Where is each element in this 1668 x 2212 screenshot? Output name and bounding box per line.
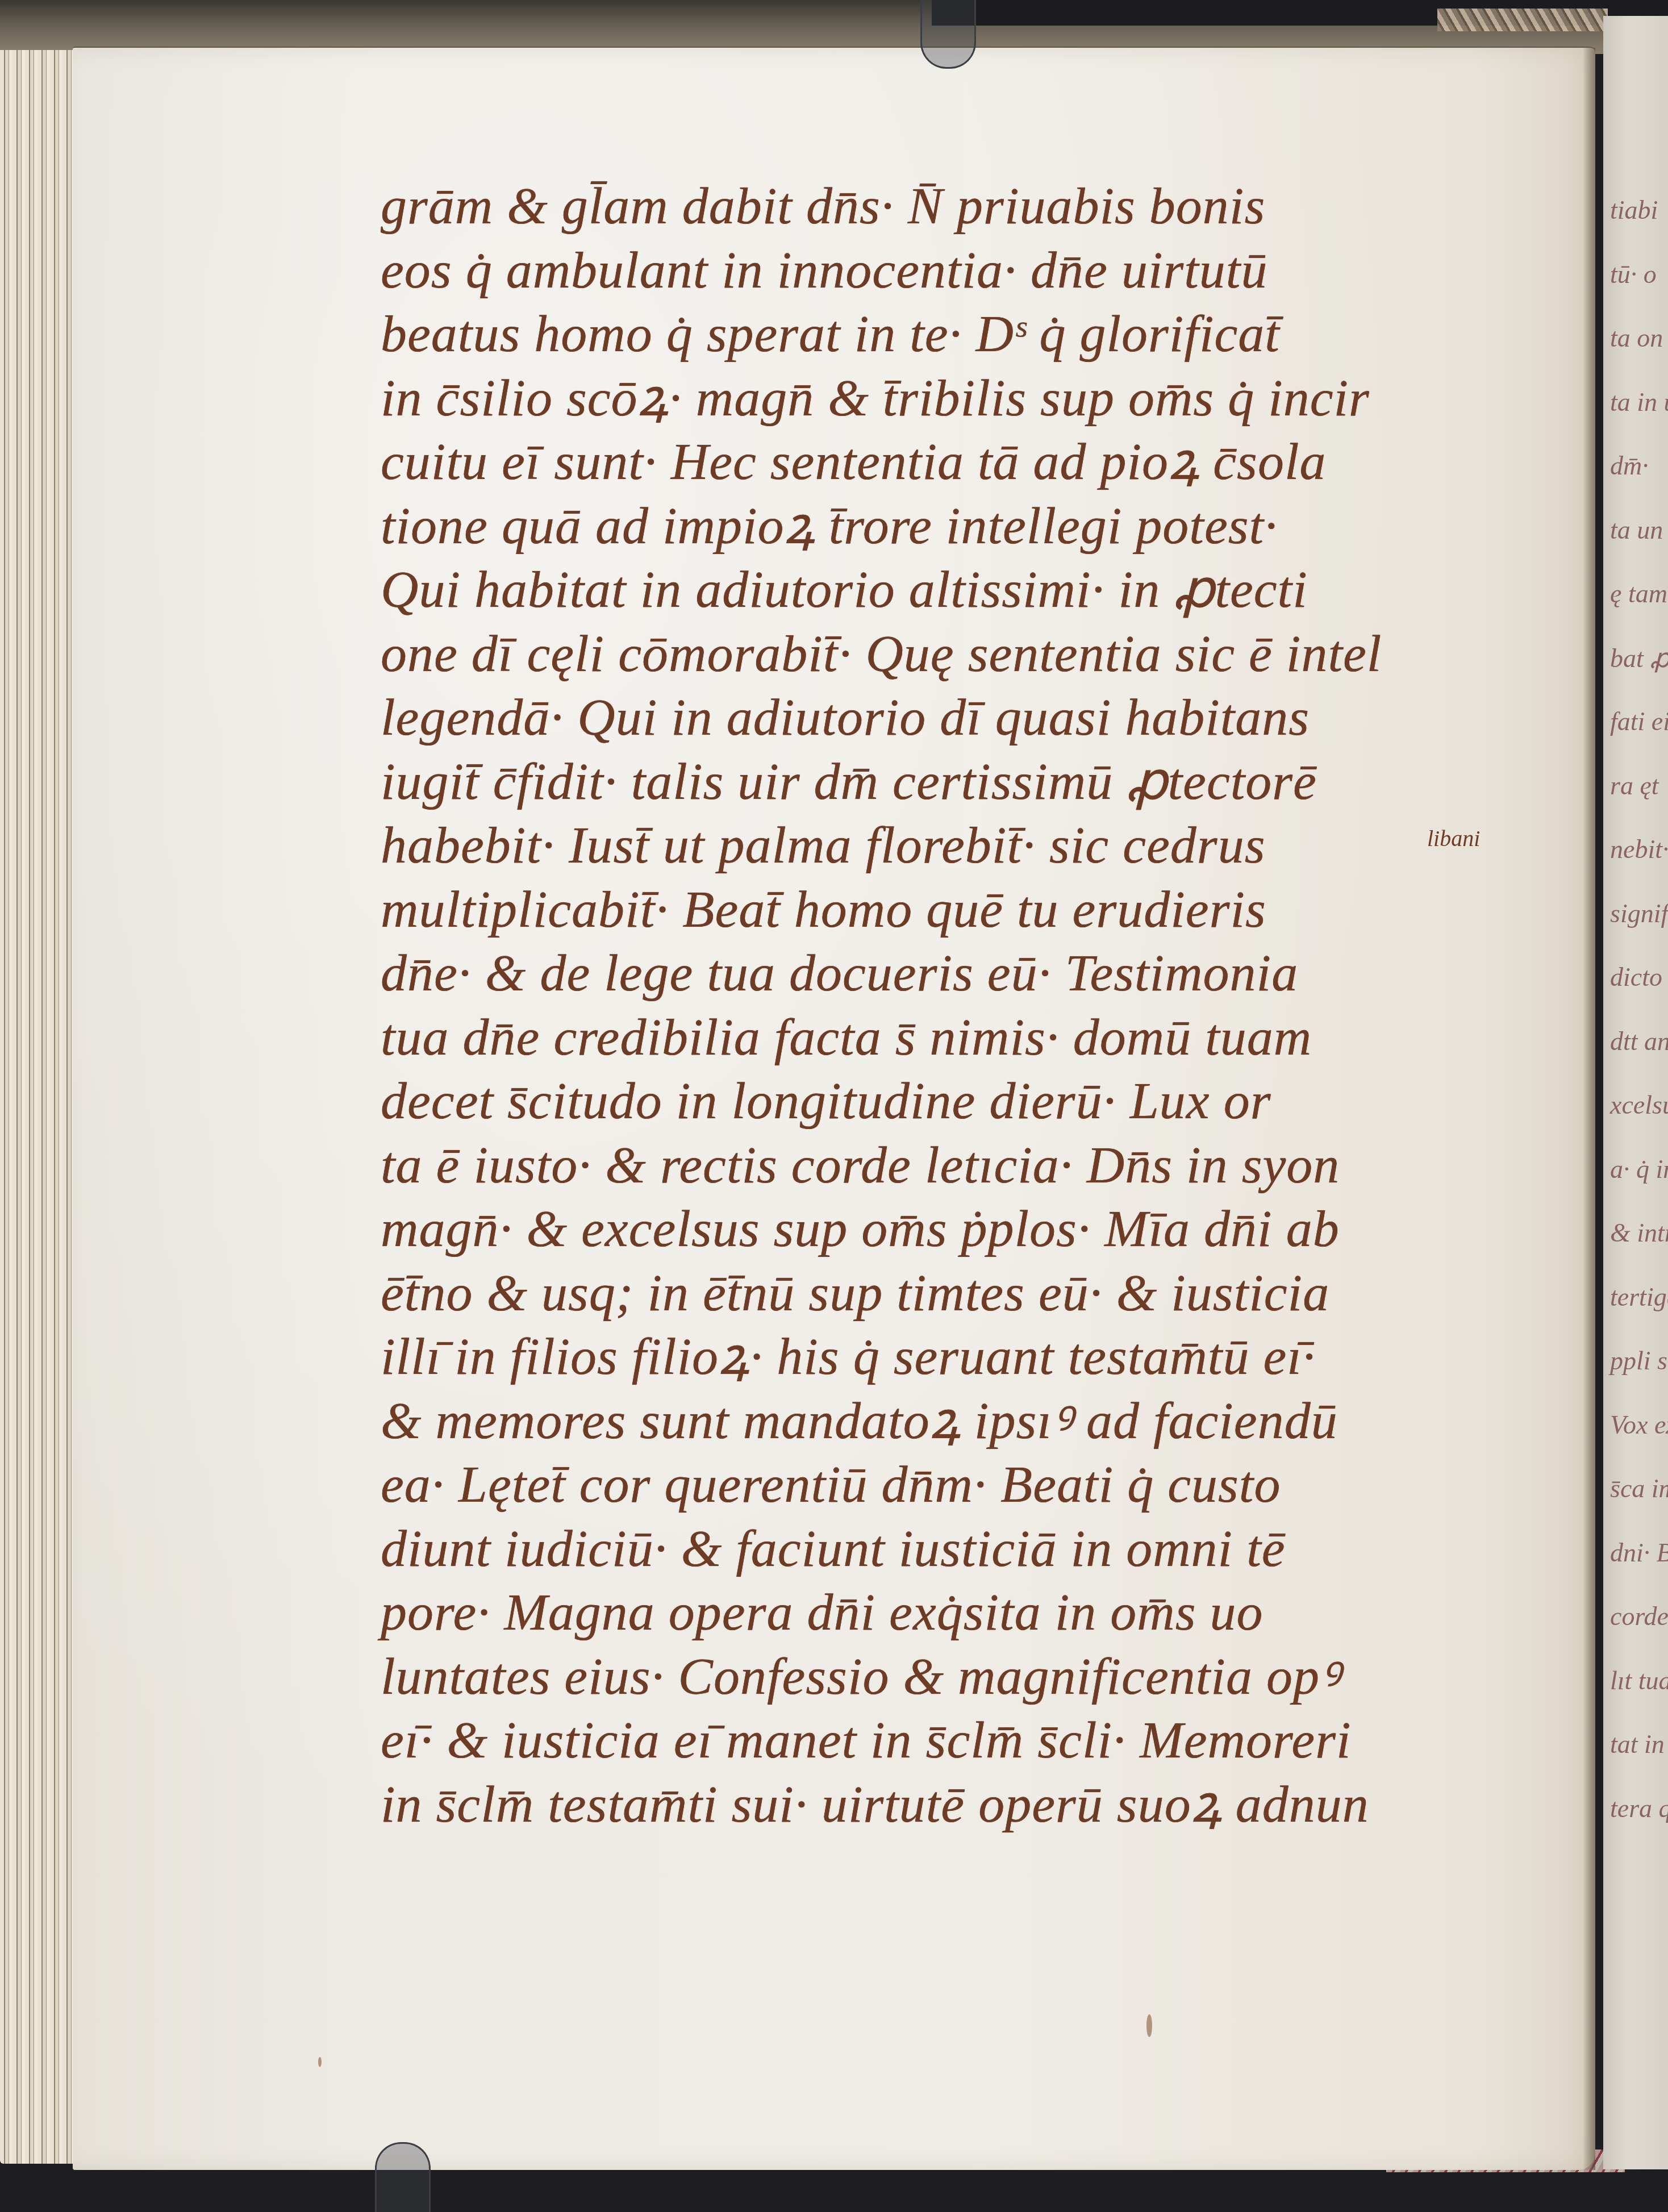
headband-top [1437, 9, 1608, 31]
facing-page: tiabi tū· o ta on ta in u dm̄· ta un ę t… [1603, 16, 1668, 2169]
text-line-8: one dī cęli cōmorabit̄· Quę sententia si… [381, 622, 1562, 686]
ink-stain [318, 2057, 322, 2067]
facing-line: ppli sui· [1610, 1345, 1668, 1376]
text-line-26: in s̄clm̄ testam̄ti sui· uirtutē operū s… [381, 1772, 1562, 1836]
text-line-4: in c̄silio scōꝝ· magn̄ & t̄ribilis sup o… [381, 366, 1562, 430]
text-line-20: & memores sunt mandatoꝝ ipsıꝰ ad faciend… [381, 1389, 1562, 1453]
facing-line: dtt an [1610, 1026, 1668, 1056]
text-line-12: multiplicabit̄· Beat̄ homo quē tu erudie… [381, 877, 1562, 942]
text-line-5: cuitu eī sunt· Hec sententia tā ad pioꝝ … [381, 430, 1562, 494]
facing-line: & intra [1610, 1218, 1668, 1248]
text-line-17: magn̄· & excelsus sup om̄s ṗplos· Mīa dn… [381, 1197, 1562, 1261]
facing-line: dm̄· [1610, 451, 1649, 481]
text-line-9: legendā· Qui in adiutorio dī quasi habit… [381, 685, 1562, 749]
marginal-gloss: libani [1427, 825, 1480, 852]
facing-line: ta un [1610, 515, 1663, 545]
facing-line: ra ęt [1610, 770, 1659, 801]
facing-line: Vox excu [1610, 1410, 1668, 1440]
facing-line: fati ei· [1610, 706, 1668, 736]
facing-line: corde ex [1610, 1601, 1668, 1631]
facing-line: ę tam [1610, 578, 1667, 609]
facing-line: ta in u [1610, 387, 1668, 417]
facing-line: tat in d [1610, 1729, 1668, 1759]
text-line-3: beatus homo q̇ sperat in te· Dˢ q̇ glori… [381, 302, 1562, 366]
text-line-2: eos q̇ ambulant in innocentia· dn̄e uirt… [381, 238, 1562, 302]
facing-line: tū· o [1610, 259, 1657, 289]
facing-line: s̄ca imm [1610, 1473, 1668, 1503]
text-line-13: dn̄e· & de lege tua docueris eū· Testimo… [381, 941, 1562, 1005]
text-line-21: ea· Lętet̄ cor querentiū dn̄m· Beati q̇ … [381, 1452, 1562, 1517]
text-line-14: tua dn̄e credibilia facta s̄ nimis· domū… [381, 1005, 1562, 1069]
text-line-7: Qui habitat in adiutorio altissimi· in ꝓ… [381, 557, 1562, 622]
text-line-18: ēt̄no & usq; in ēt̄nū sup timtes eū· & i… [381, 1261, 1562, 1325]
manuscript-text: grām & gl̄am dabit dn̄s· N̄ priuabis bon… [381, 174, 1562, 1836]
facing-line: nebit· [1610, 834, 1668, 864]
text-line-16: ta ē iusto· & rectis corde letıcia· Dn̄s… [381, 1133, 1562, 1197]
page-stack-left [0, 50, 74, 2164]
ink-stain [1146, 2014, 1152, 2037]
text-line-25: eı̄· & iusticia eı̄ manet in s̄clm̄ s̄cl… [381, 1708, 1562, 1772]
facing-line: ta on [1610, 323, 1663, 353]
page-clip-bottom [375, 2142, 431, 2212]
facing-line: bat ꝓ [1610, 643, 1668, 673]
text-line-23: pore· Magna opera dn̄i exq̇sita in om̄s … [381, 1580, 1562, 1644]
facing-line: xcelsu [1610, 1090, 1668, 1120]
facing-line: lıt tua [1610, 1665, 1668, 1696]
text-line-22: diunt iudiciū· & faciunt iusticiā in omn… [381, 1517, 1562, 1581]
text-line-1: grām & gl̄am dabit dn̄s· N̄ priuabis bon… [381, 174, 1562, 238]
text-line-10: iugit̄ c̄fidit· talis uir dm̄ certissimū… [381, 749, 1562, 814]
page-clip-top [920, 0, 976, 69]
facing-line: tertigens [1610, 1282, 1668, 1312]
facing-line: tiabi [1610, 195, 1658, 225]
text-line-6: tione quā ad impioꝝ t̄rore intellegi pot… [381, 494, 1562, 558]
facing-line: tera qu [1610, 1793, 1668, 1823]
text-line-15: decet s̄citudo in longitudine dierū· Lux… [381, 1069, 1562, 1133]
manuscript-photo: tiabi tū· o ta on ta in u dm̄· ta un ę t… [0, 0, 1668, 2212]
text-line-24: luntates eius· Confessio & magnificentia… [381, 1644, 1562, 1709]
facing-line: dni· Be [1610, 1538, 1668, 1568]
facing-line: significa [1610, 898, 1668, 928]
facing-line: dicto e [1610, 962, 1668, 992]
gutter-shadow [1583, 48, 1595, 2170]
text-line-11: habebit· Iust̄ ut palma florebit̄· sic c… [381, 813, 1562, 877]
facing-line: a· q̇ in a [1610, 1154, 1668, 1184]
text-line-19: illı̄ in filios filioꝝ· his q̇ seruant t… [381, 1324, 1562, 1389]
